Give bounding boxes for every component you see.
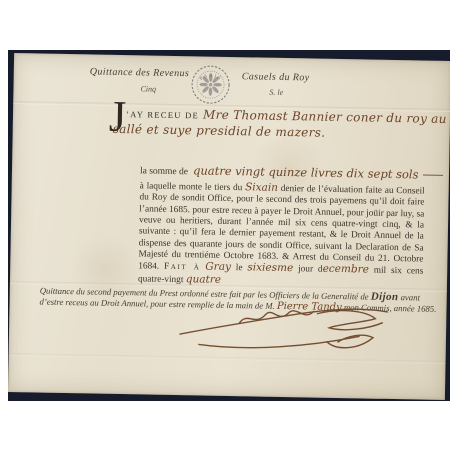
printed-sum-label: la somme de — [140, 166, 188, 177]
handwritten-day: sixiesme — [247, 262, 293, 275]
ink-flourish-line — [423, 174, 443, 176]
signature-flourish — [177, 298, 396, 360]
handwritten-place: Gray — [205, 261, 231, 273]
receipt-paper: Quittance des Revenus Casuels du Roy Cin… — [8, 53, 450, 400]
handwritten-year: quatre — [186, 273, 221, 286]
printed-le: le — [236, 264, 243, 274]
body-paragraph: à laquelle monte le tiers du Sixain deni… — [138, 180, 425, 290]
header-title-left: Quittance des Revenus — [90, 66, 190, 79]
handwritten-amount: quatre vingt quinze livres dix sept sols — [193, 163, 419, 181]
handwritten-denier: Sixain — [245, 181, 278, 194]
handwritten-payer-title: sallé et suye presidial de mazers. — [113, 122, 326, 140]
printed-fait-label: Fait à — [164, 262, 201, 273]
sum-line: la somme de quatre vingt quinze livres d… — [140, 162, 443, 182]
document-photo: Quittance des Revenus Casuels du Roy Cin… — [8, 50, 450, 401]
header-sub-right: S. le — [269, 88, 283, 97]
printed-jour: jour d — [298, 265, 323, 275]
printed-main-text: denier de l’évaluation faite au Conseil … — [138, 184, 425, 272]
header-title-right: Casuels du Roy — [242, 71, 310, 83]
printed-tiers-text: à laquelle monte le tiers du — [140, 181, 243, 193]
header-sub-left: Cinq — [140, 84, 156, 93]
handwritten-month: ecembre — [323, 263, 369, 276]
round-tax-stamp-icon: PARIS — [187, 61, 234, 108]
printed-receipt-label: ’AY RECEU DE — [126, 109, 199, 120]
